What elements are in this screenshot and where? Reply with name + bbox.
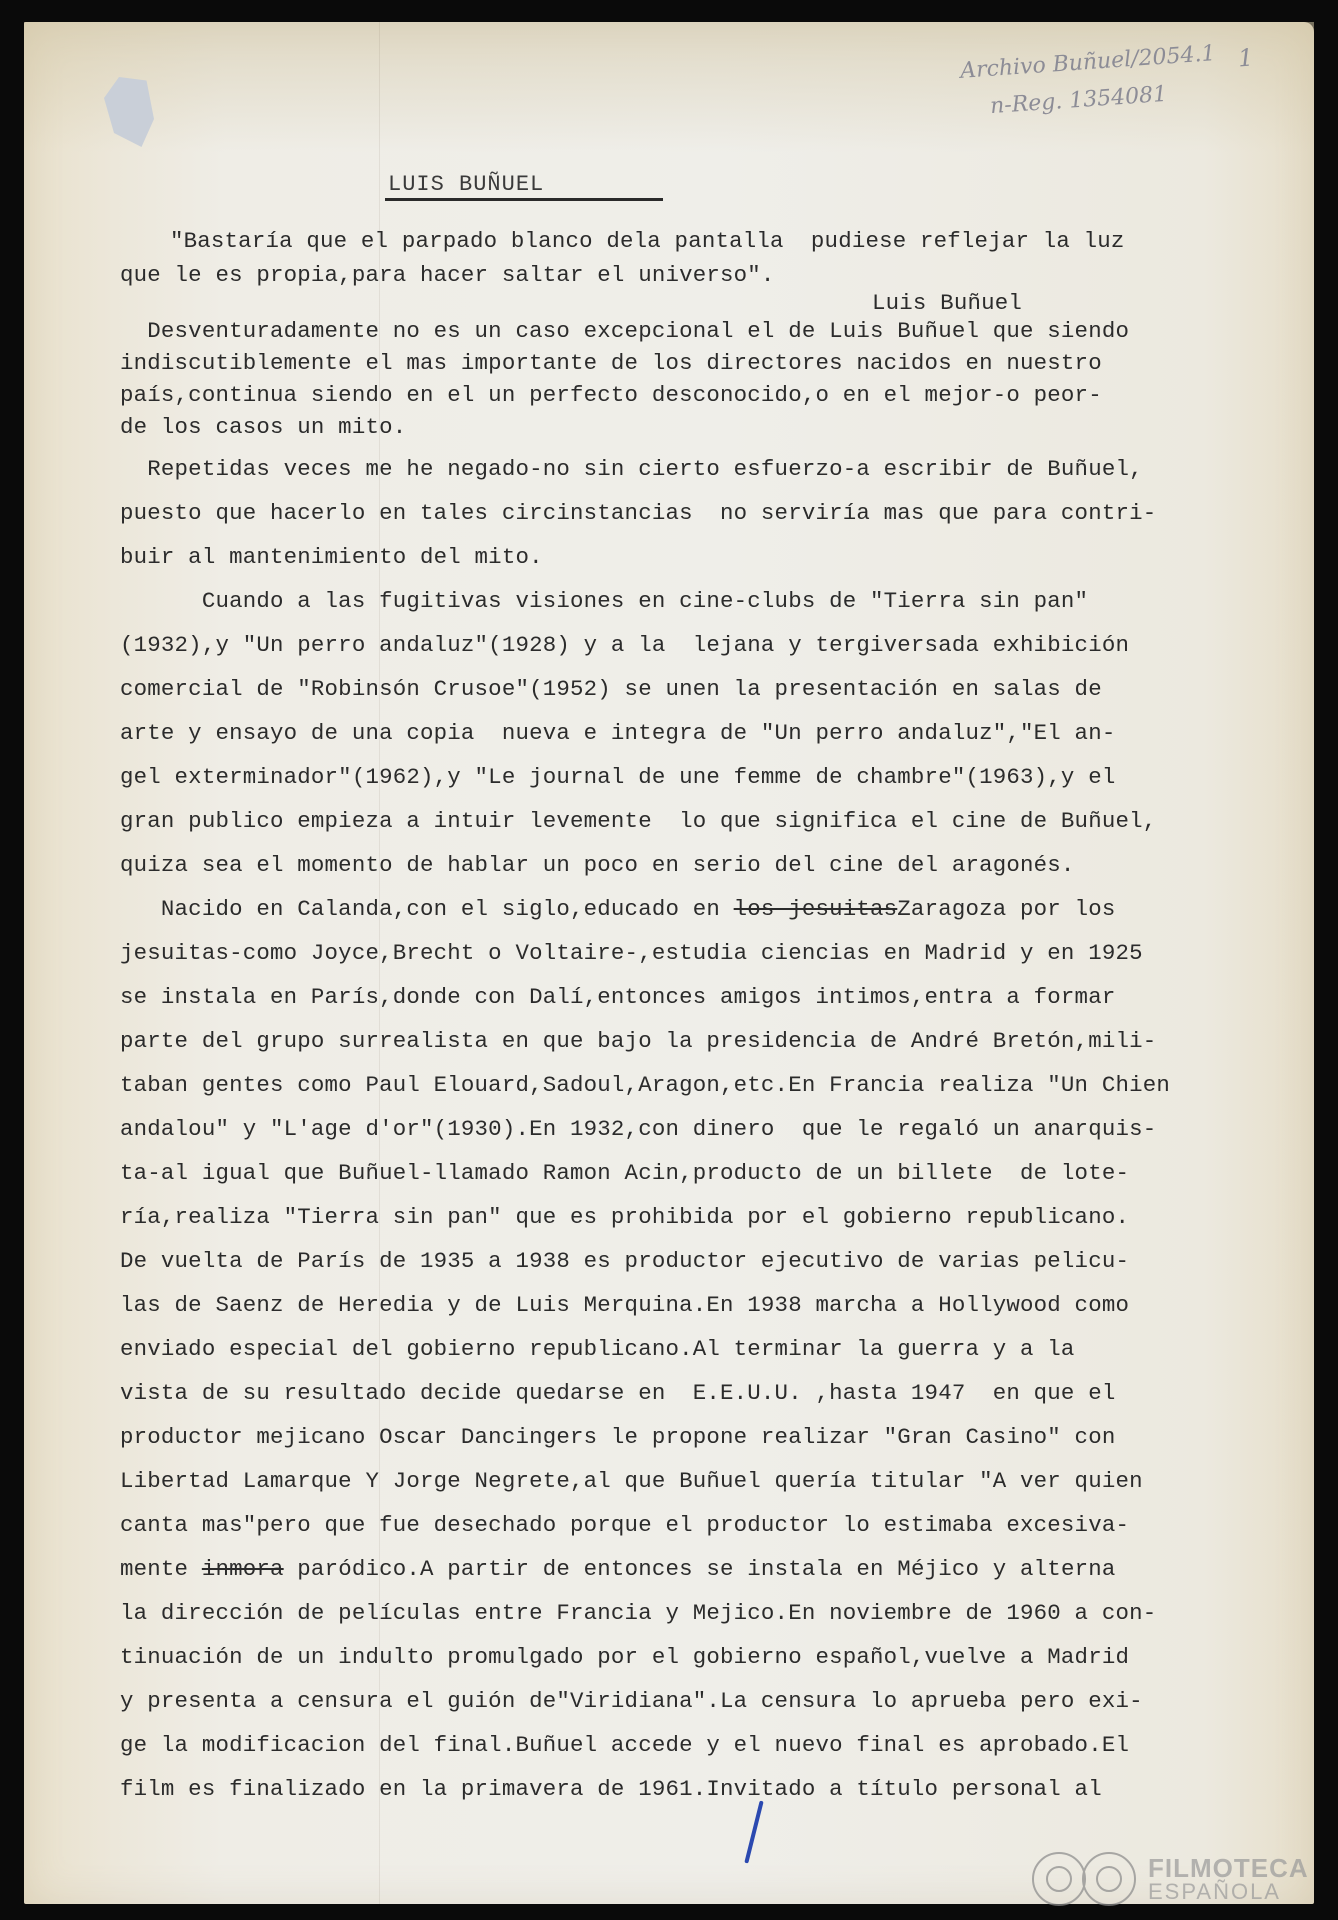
body-line: taban gentes como Paul Elouard,Sadoul,Ar…: [120, 1072, 1170, 1098]
body-line: país,continua siendo en el un perfecto d…: [120, 382, 1102, 408]
struck-text: los jesuitas: [734, 896, 898, 922]
body-line: arte y ensayo de una copia nueva e integ…: [120, 720, 1115, 746]
circle-logo-icon: [1082, 1852, 1136, 1906]
body-line: Repetidas veces me he negado-no sin cier…: [120, 456, 1143, 482]
body-line: comercial de "Robinsón Crusoe"(1952) se …: [120, 676, 1102, 702]
body-line: Cuando a las fugitivas visiones en cine-…: [120, 588, 1088, 614]
body-line: (1932),y "Un perro andaluz"(1928) y a la…: [120, 632, 1129, 658]
body-line: Libertad Lamarque Y Jorge Negrete,al que…: [120, 1468, 1143, 1494]
epigraph-line: "Bastaría que el parpado blanco dela pan…: [170, 228, 1125, 254]
struck-text: inmora: [202, 1556, 284, 1582]
body-line: quiza sea el momento de hablar un poco e…: [120, 852, 1075, 878]
body-line: canta mas"pero que fue desechado porque …: [120, 1512, 1129, 1538]
body-line: gel exterminador"(1962),y "Le journal de…: [120, 764, 1115, 790]
watermark-line1: FILMOTECA: [1148, 1855, 1309, 1881]
body-text: Zaragoza por los: [897, 896, 1115, 922]
body-line: Nacido en Calanda,con el siglo,educado e…: [120, 896, 1115, 922]
document-title: LUIS BUÑUEL: [388, 172, 544, 197]
spiral-logo-icon: [1032, 1852, 1086, 1906]
body-line: ta-al igual que Buñuel-llamado Ramon Aci…: [120, 1160, 1129, 1186]
body-text: paródico.A partir de entonces se instala…: [284, 1556, 1116, 1582]
body-line: De vuelta de París de 1935 a 1938 es pro…: [120, 1248, 1129, 1274]
body-line: de los casos un mito.: [120, 414, 406, 440]
body-line: gran publico empieza a intuir levemente …: [120, 808, 1156, 834]
body-line: se instala en París,donde con Dalí,enton…: [120, 984, 1115, 1010]
body-line: productor mejicano Oscar Dancingers le p…: [120, 1424, 1115, 1450]
body-line: enviado especial del gobierno republican…: [120, 1336, 1075, 1362]
body-line: buir al mantenimiento del mito.: [120, 544, 543, 570]
body-line: la dirección de películas entre Francia …: [120, 1600, 1156, 1626]
body-line: las de Saenz de Heredia y de Luis Merqui…: [120, 1292, 1129, 1318]
body-line: film es finalizado en la primavera de 19…: [120, 1776, 1102, 1802]
body-line: ría,realiza "Tierra sin pan" que es proh…: [120, 1204, 1129, 1230]
body-line: mente inmora paródico.A partir de entonc…: [120, 1556, 1116, 1582]
page-number: 1: [1237, 44, 1254, 73]
body-line: vista de su resultado decide quedarse en…: [120, 1380, 1115, 1406]
body-line: andalou" y "L'age d'or"(1930).En 1932,co…: [120, 1116, 1156, 1142]
body-line: parte del grupo surrealista en que bajo …: [120, 1028, 1156, 1054]
body-line: jesuitas-como Joyce,Brecht o Voltaire-,e…: [120, 940, 1143, 966]
body-line: y presenta a censura el guión de"Viridia…: [120, 1688, 1143, 1714]
epigraph-author: Luis Buñuel: [872, 290, 1022, 316]
body-line: ge la modificacion del final.Buñuel acce…: [120, 1732, 1129, 1758]
epigraph-line: que le es propia,para hacer saltar el un…: [120, 262, 775, 288]
body-line: Desventuradamente no es un caso excepcio…: [120, 318, 1129, 344]
body-line: puesto que hacerlo en tales circinstanci…: [120, 500, 1156, 526]
title-underline: [385, 198, 663, 201]
body-line: indiscutiblemente el mas importante de l…: [120, 350, 1102, 376]
body-line: tinuación de un indulto promulgado por e…: [120, 1644, 1129, 1670]
filmoteca-watermark: FILMOTECA ESPAÑOLA: [1032, 1852, 1309, 1906]
watermark-line2: ESPAÑOLA: [1148, 1881, 1309, 1903]
